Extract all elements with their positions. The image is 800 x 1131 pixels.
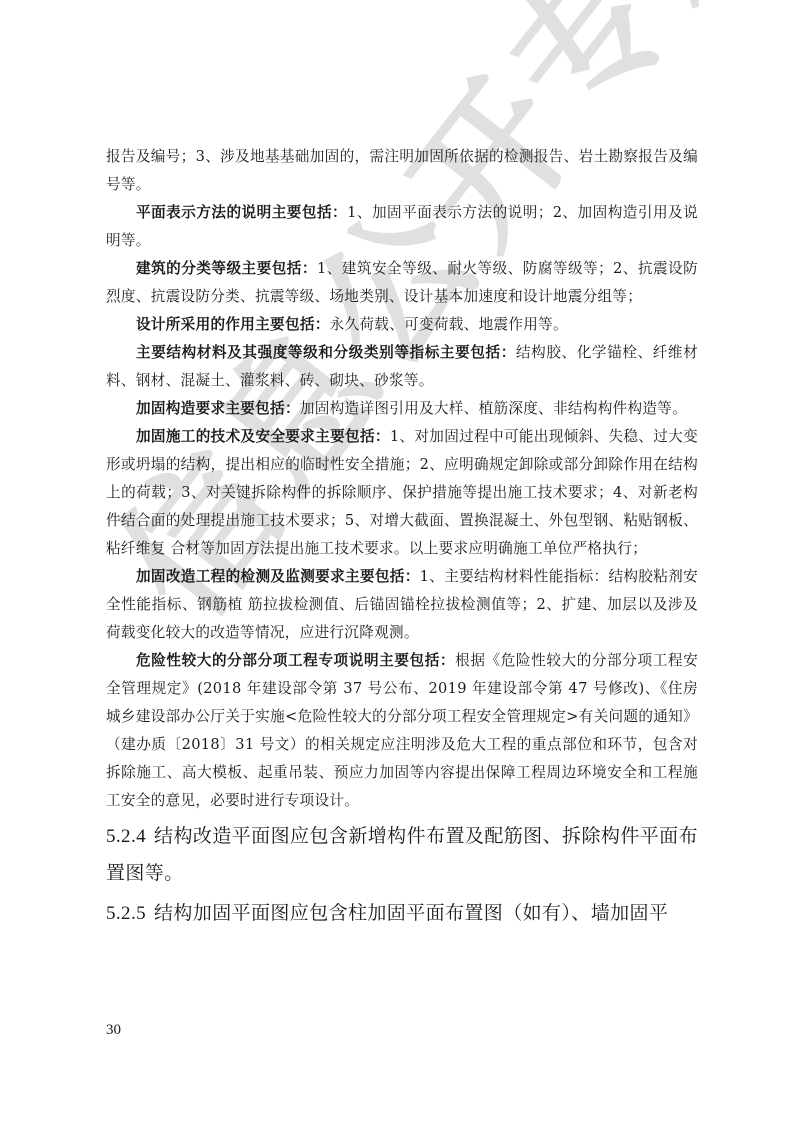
- paragraph-continuation: 报告及编号；3、涉及地基基础加固的，需注明加固所依据的检测报告、岩土勘察报告及编…: [106, 143, 698, 199]
- paragraph-hazardous-works: 危险性较大的分部分项工程专项说明主要包括：根据《危险性较大的分部分项工程安全管理…: [106, 647, 698, 815]
- paragraph-lead: 建筑的分类等级主要包括：: [136, 260, 317, 277]
- paragraph-text: 永久荷载、可变荷载、地震作用等。: [330, 316, 568, 333]
- paragraph-inspection-monitoring: 加固改造工程的检测及监测要求主要包括：1、主要结构材料性能指标：结构胶粘剂安全性…: [106, 563, 698, 647]
- clause-number: 5.2.4: [106, 826, 146, 847]
- paragraph-text: 根据《危险性较大的分部分项工程安全管理规定》(2018 年建设部令第 37 号公…: [106, 652, 698, 809]
- paragraph-construction-safety: 加固施工的技术及安全要求主要包括：1、对加固过程中可能出现倾斜、失稳、过大变形或…: [106, 423, 698, 563]
- paragraph-lead: 加固改造工程的检测及监测要求主要包括：: [136, 568, 420, 585]
- paragraph-lead: 危险性较大的分部分项工程专项说明主要包括：: [136, 652, 455, 669]
- paragraph-building-classification: 建筑的分类等级主要包括：1、建筑安全等级、耐火等级、防腐等级等；2、抗震设防烈度…: [106, 255, 698, 311]
- paragraph-lead: 平面表示方法的说明主要包括：: [136, 204, 347, 221]
- clause-5-2-4: 5.2.4结构改造平面图应包含新增构件布置及配筋图、拆除构件平面布置图等。: [106, 818, 698, 892]
- paragraph-text: 报告及编号；3、涉及地基基础加固的，需注明加固所依据的检测报告、岩土勘察报告及编…: [106, 148, 698, 193]
- clause-text: 结构加固平面图应包含柱加固平面布置图（如有）、墙加固平: [154, 903, 668, 924]
- page-number: 30: [106, 1022, 121, 1039]
- clause-5-2-5: 5.2.5结构加固平面图应包含柱加固平面布置图（如有）、墙加固平: [106, 895, 698, 932]
- paragraph-materials: 主要结构材料及其强度等级和分级类别等指标主要包括：结构胶、化学锚栓、纤维材料、钢…: [106, 339, 698, 395]
- paragraph-lead: 设计所采用的作用主要包括：: [136, 316, 330, 333]
- paragraph-lead: 加固施工的技术及安全要求主要包括：: [136, 428, 390, 445]
- paragraph-text: 1、对加固过程中可能出现倾斜、失稳、过大变形或坍塌的结构，提出相应的临时性安全措…: [106, 428, 698, 557]
- paragraph-detailing-requirements: 加固构造要求主要包括：加固构造详图引用及大样、植筋深度、非结构构件构造等。: [106, 395, 698, 423]
- paragraph-text: 加固构造详图引用及大样、植筋深度、非结构构件构造等。: [300, 400, 687, 417]
- clause-number: 5.2.5: [106, 903, 146, 924]
- paragraph-design-actions: 设计所采用的作用主要包括：永久荷载、可变荷载、地震作用等。: [106, 311, 698, 339]
- paragraph-lead: 加固构造要求主要包括：: [136, 400, 300, 417]
- paragraph-plan-notation: 平面表示方法的说明主要包括：1、加固平面表示方法的说明；2、加固构造引用及说明等…: [106, 199, 698, 255]
- document-page: 信息公开专用 报告及编号；3、涉及地基基础加固的，需注明加固所依据的检测报告、岩…: [0, 0, 800, 1131]
- page-content: 报告及编号；3、涉及地基基础加固的，需注明加固所依据的检测报告、岩土勘察报告及编…: [106, 143, 698, 932]
- clause-text: 结构改造平面图应包含新增构件布置及配筋图、拆除构件平面布置图等。: [106, 826, 698, 884]
- paragraph-lead: 主要结构材料及其强度等级和分级类别等指标主要包括：: [136, 344, 516, 361]
